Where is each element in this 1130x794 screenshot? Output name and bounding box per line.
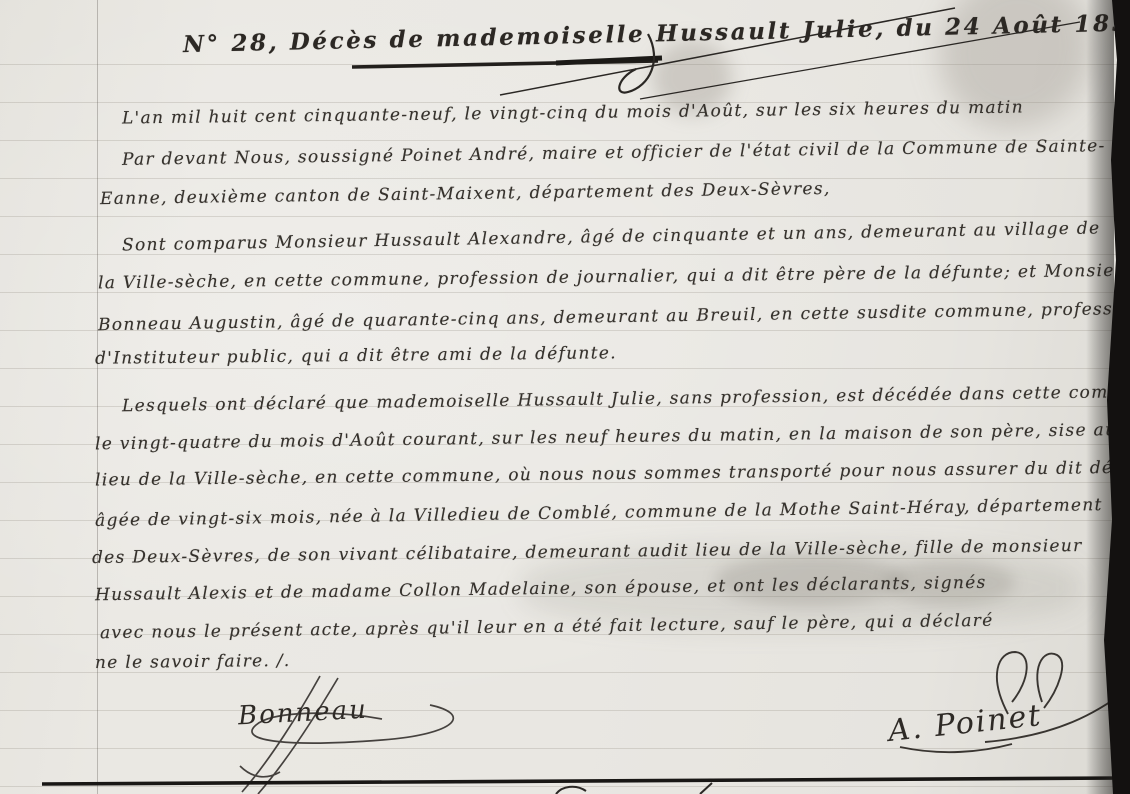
manuscript-line-4: Sont comparus Monsieur Hussault Alexandr… <box>122 218 1101 255</box>
manuscript-line-9: le vingt-quatre du mois d'Août courant, … <box>95 420 1130 455</box>
signature-poinet: A. Poinet <box>887 698 1044 749</box>
manuscript-line-10: lieu de la Ville-sèche, en cette commune… <box>95 458 1130 491</box>
manuscript-line-7: d'Instituteur public, qui a dit être ami… <box>95 343 617 368</box>
manuscript-line-6: Bonneau Augustin, âgé de quarante-cinq a… <box>98 299 1130 335</box>
manuscript-line-3: Eanne, deuxième canton de Saint-Maixent,… <box>100 179 831 209</box>
record-separator-line <box>42 778 1122 784</box>
manuscript-line-2: Par devant Nous, soussigné Poinet André,… <box>122 136 1106 170</box>
manuscript-line-12: des Deux-Sèvres, de son vivant célibatai… <box>92 536 1083 568</box>
margin-rule <box>97 0 98 794</box>
manuscript-line-8: Lesquels ont déclaré que mademoiselle Hu… <box>122 382 1130 417</box>
manuscript-line-15: ne le savoir faire. /. <box>95 651 291 673</box>
manuscript-line-1: L'an mil huit cent cinquante-neuf, le vi… <box>122 97 1024 128</box>
document-scan: N° 28, Décès de mademoiselle Hussault Ju… <box>0 0 1130 794</box>
signature-bonneau: Bonneau <box>237 695 368 732</box>
manuscript-line-13: Hussault Alexis et de madame Collon Made… <box>95 573 987 605</box>
manuscript-line-14: avec nous le présent acte, après qu'il l… <box>100 611 994 643</box>
manuscript-line-11: âgée de vingt-six mois, née à la Villedi… <box>95 495 1103 531</box>
manuscript-line-5: la Ville-sèche, en cette commune, profes… <box>98 261 1130 294</box>
record-header: N° 28, Décès de mademoiselle Hussault Ju… <box>183 9 1130 58</box>
